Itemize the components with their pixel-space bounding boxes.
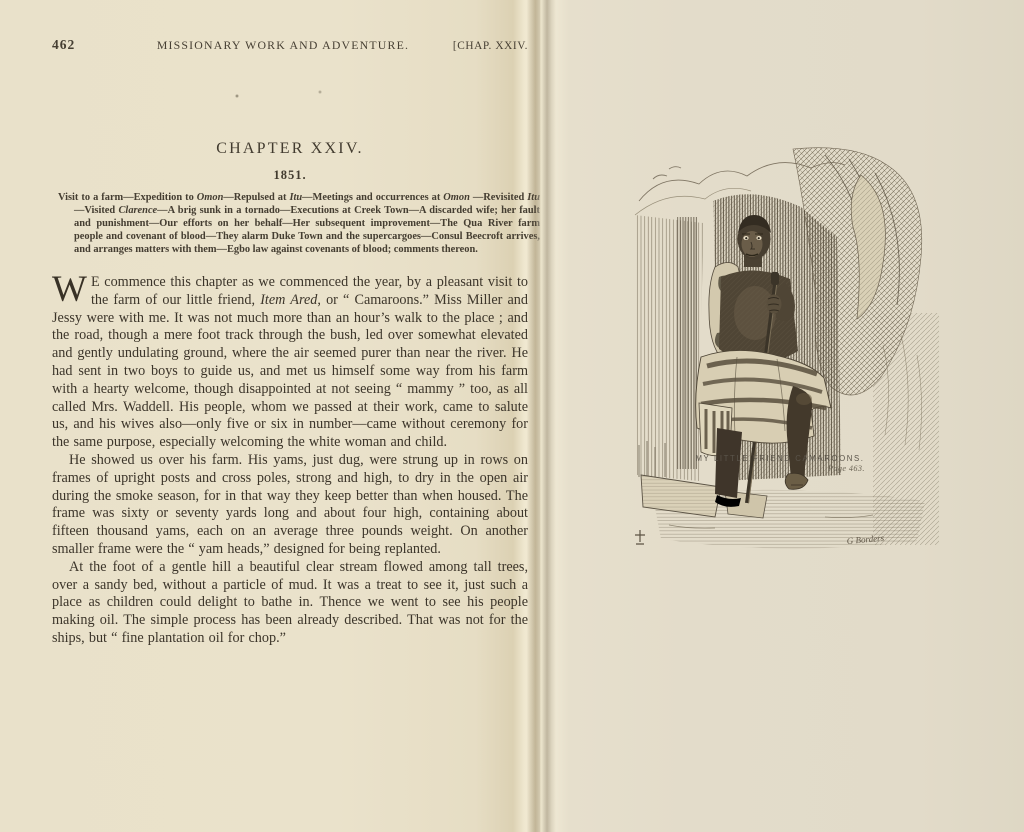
page-header: 462 MISSIONARY WORK AND ADVENTURE. [CHAP… [52,37,528,53]
camaroons-engraving: G Borders [625,145,955,581]
chapter-heading: CHAPTER XXIV. [52,140,528,158]
book-spread: 462 MISSIONARY WORK AND ADVENTURE. [CHAP… [0,0,1024,832]
chapter-marker: [CHAP. XXIV. [436,40,528,52]
chapter-synopsis: Visit to a farm—Expedition to Omon—Repul… [58,191,540,256]
left-page: 462 MISSIONARY WORK AND ADVENTURE. [CHAP… [0,0,540,832]
body-text: WE commence this chapter as we commenced… [52,274,528,648]
running-title: MISSIONARY WORK AND ADVENTURE. [130,38,436,53]
body-paragraph: At the foot of a gentle hill a beautiful… [52,559,528,648]
illustration-page-reference: Page 463. [828,464,865,473]
right-page: G Borders MY LITTLE FRIEND CAMAROONS. Pa… [540,0,1024,832]
engraver-monogram [635,530,645,544]
body-paragraph: WE commence this chapter as we commenced… [52,274,528,452]
body-paragraph: He showed us over his farm. His yams, ju… [52,452,528,559]
illustration-caption: MY LITTLE FRIEND CAMAROONS. [610,454,950,463]
page-number: 462 [52,37,130,53]
chapter-year: 1851. [52,168,528,183]
